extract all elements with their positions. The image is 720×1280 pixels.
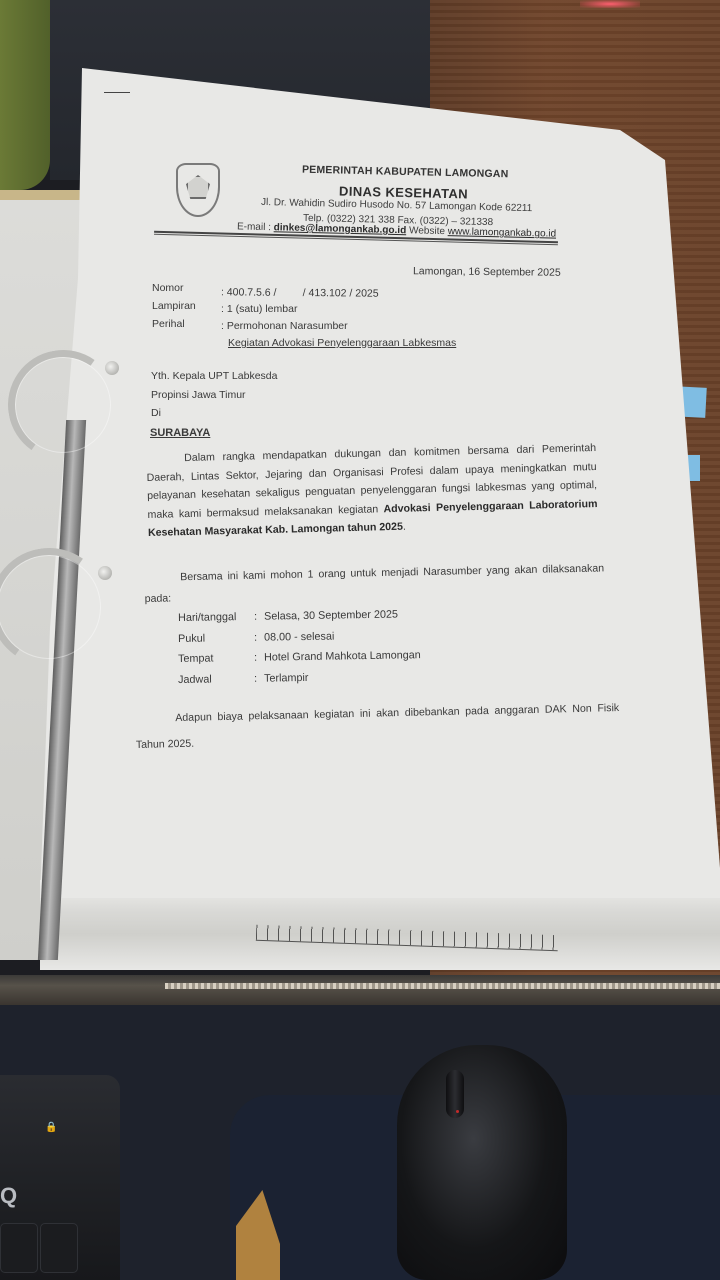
paragraph-3-text: Adapun biaya pelaksanaan kegiatan ini ak… <box>136 702 620 751</box>
meta-label-perihal: Perihal <box>152 318 185 330</box>
mouse-led <box>456 1110 459 1113</box>
meta-label-nomor: Nomor <box>152 282 184 294</box>
schedule-value: 08.00 - selesai <box>264 631 334 644</box>
website-label: Website <box>409 225 445 237</box>
keyboard-key <box>40 1223 78 1273</box>
recipient-di: Di <box>151 407 161 419</box>
body-paragraph-3: Adapun biaya pelaksanaan kegiatan ini ak… <box>135 695 620 758</box>
computer-mouse <box>397 1045 567 1280</box>
crest-emblem <box>186 175 210 199</box>
schedule-label: Hari/tanggal <box>178 611 254 624</box>
regency-crest-icon <box>176 163 220 217</box>
letterhead-government: PEMERINTAH KABUPATEN LAMONGAN <box>302 164 509 181</box>
paragraph-2-text: Bersama ini kami mohon 1 orang untuk men… <box>145 562 605 605</box>
keyboard-key <box>0 1223 38 1273</box>
official-letter: PEMERINTAH KABUPATEN LAMONGAN DINAS KESE… <box>0 0 720 1000</box>
schedule-value: Hotel Grand Mahkota Lamongan <box>264 649 421 663</box>
meta-value-lampiran: : 1 (satu) lembar <box>221 303 297 315</box>
lock-icon: 🔒 <box>45 1122 57 1133</box>
body-paragraph-1: Dalam rangka mendapatkan dukungan dan ko… <box>146 439 598 543</box>
body-paragraph-2: Bersama ini kami mohon 1 orang untuk men… <box>144 558 605 610</box>
recipient-title: Yth. Kepala UPT Labkesda <box>151 370 277 382</box>
mouse-scroll-wheel <box>446 1070 464 1118</box>
recipient-province: Propinsi Jawa Timur <box>151 389 246 401</box>
meta-value-nomor: : 400.7.5.6 / / 413.102 / 2025 <box>221 286 379 299</box>
schedule-label: Jadwal <box>178 673 254 686</box>
schedule-value: Selasa, 30 September 2025 <box>264 609 398 623</box>
schedule-row: Hari/tanggal:Selasa, 30 September 2025 <box>178 609 398 624</box>
email-label: E-mail : <box>237 221 271 233</box>
schedule-value: Terlampir <box>264 672 309 685</box>
schedule-row: Jadwal:Terlampir <box>178 672 309 686</box>
schedule-label: Tempat <box>178 652 254 665</box>
letter-date: Lamongan, 16 September 2025 <box>413 265 561 279</box>
page-mark <box>104 92 130 93</box>
meta-value-perihal: : Permohonan Narasumber <box>221 320 348 332</box>
paragraph-1-end: . <box>403 521 406 533</box>
recipient-city: SURABAYA <box>150 427 210 439</box>
schedule-label: Pukul <box>178 632 254 645</box>
schedule-row: Pukul:08.00 - selesai <box>178 631 334 645</box>
letterhead-address: Jl. Dr. Wahidin Sudiro Husodo No. 57 Lam… <box>261 197 532 214</box>
website-link[interactable]: www.lamongankab.go.id <box>448 226 557 239</box>
meta-label-lampiran: Lampiran <box>152 300 196 312</box>
keyboard-brand: Q <box>0 1183 17 1209</box>
meta-subvalue-perihal: Kegiatan Advokasi Penyelenggaraan Labkes… <box>228 337 456 349</box>
schedule-row: Tempat:Hotel Grand Mahkota Lamongan <box>178 649 421 665</box>
